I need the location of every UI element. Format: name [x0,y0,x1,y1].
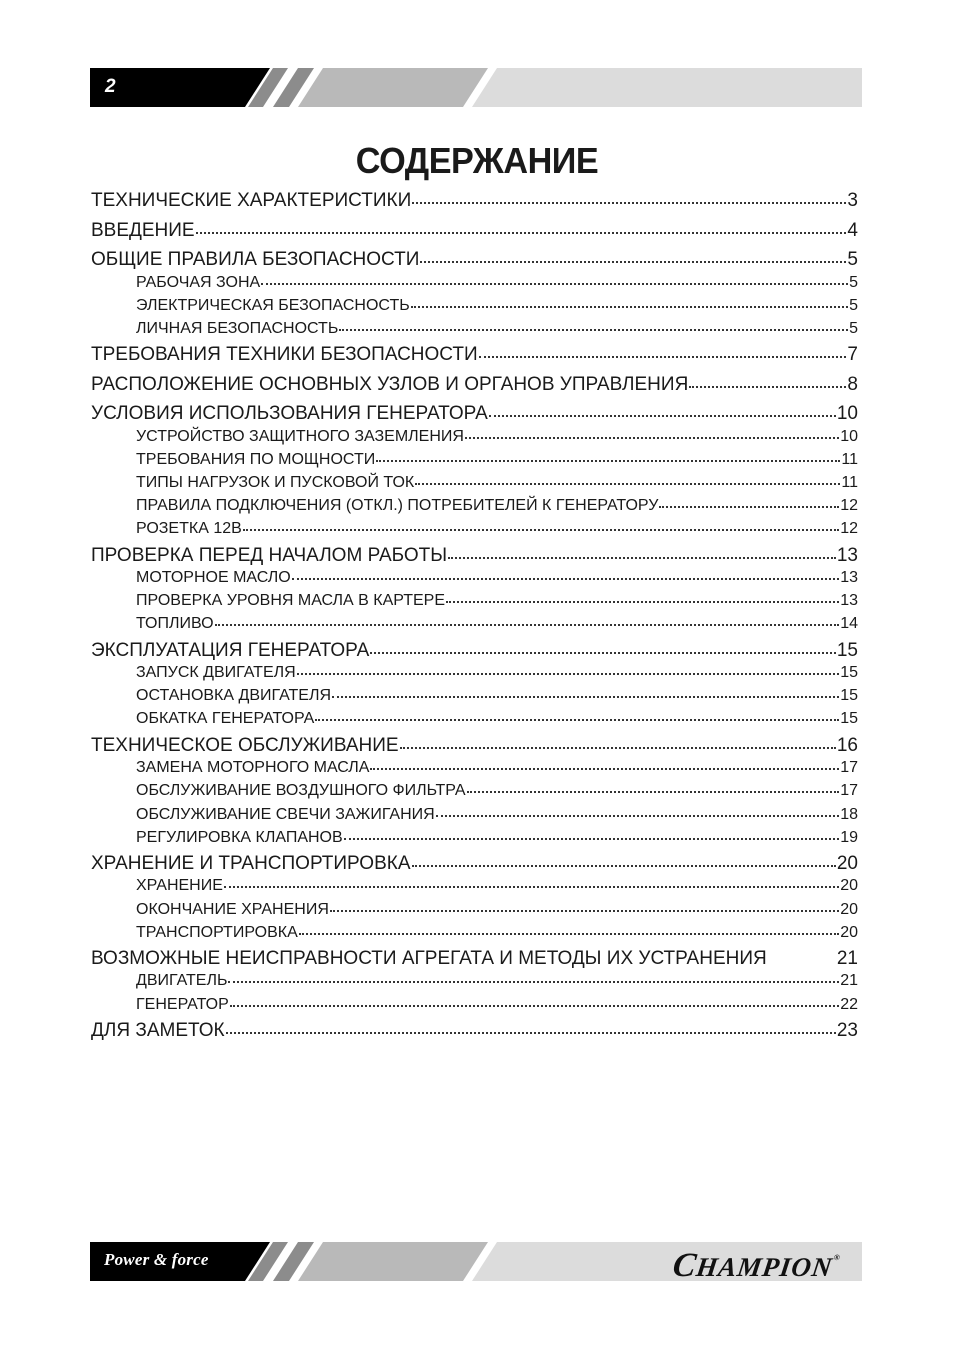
dot-leader [370,768,839,770]
dot-leader [297,673,840,675]
toc-subsection-entry[interactable]: МОТОРНОЕ МАСЛО13 [91,566,858,589]
dot-leader [196,232,847,234]
toc-section-entry[interactable]: ТРЕБОВАНИЯ ТЕХНИКИ БЕЗОПАСНОСТИ7 [91,340,858,370]
toc-entry-label: МОТОРНОЕ МАСЛО [136,566,291,589]
dot-leader [376,460,840,462]
toc-page-number: 12 [840,494,858,517]
toc-entry-label: ТИПЫ НАГРУЗОК И ПУСКОВОЙ ТОК [136,471,414,494]
dot-leader [228,981,839,983]
header-stripes-decoration [90,68,862,107]
dot-leader [411,306,848,308]
tagline: Power & force [104,1250,209,1270]
toc-page-number: 13 [840,566,858,589]
toc-entry-label: ОСТАНОВКА ДВИГАТЕЛЯ [136,684,331,707]
toc-page-number: 5 [849,317,858,340]
toc-page-number: 20 [840,874,858,897]
toc-page-number: 21 [840,969,858,992]
toc-page-number: 15 [840,707,858,730]
toc-entry-label: УСТРОЙСТВО ЗАЩИТНОГО ЗАЗЕМЛЕНИЯ [136,425,464,448]
dot-leader [299,933,839,935]
toc-subsection-entry[interactable]: РАБОЧАЯ ЗОНА5 [91,271,858,294]
toc-page-number: 23 [837,1016,858,1045]
toc-page-number: 22 [840,993,858,1016]
dot-leader [230,1005,839,1007]
toc-page-number: 4 [847,216,858,245]
toc-page-number: 5 [849,271,858,294]
toc-subsection-entry[interactable]: РЕГУЛИРОВКА КЛАПАНОВ19 [91,826,858,849]
toc-entry-label: ЗАМЕНА МОТОРНОГО МАСЛА [136,756,369,779]
toc-entry-label: РАБОЧАЯ ЗОНА [136,271,260,294]
toc-page-number: 12 [840,517,858,540]
toc-subsection-entry[interactable]: ПРОВЕРКА УРОВНЯ МАСЛА В КАРТЕРЕ13 [91,589,858,612]
toc-subsection-entry[interactable]: ГЕНЕРАТОР22 [91,993,858,1016]
toc-entry-label: ГЕНЕРАТОР [136,993,229,1016]
dot-leader [370,652,836,654]
toc-entry-label: ПРОВЕРКА УРОВНЯ МАСЛА В КАРТЕРЕ [136,589,445,612]
dot-leader [224,886,839,888]
toc-subsection-entry[interactable]: ТРАНСПОРТИРОВКА20 [91,921,858,944]
toc-entry-label: ОКОНЧАНИЕ ХРАНЕНИЯ [136,898,329,921]
toc-subsection-entry[interactable]: ХРАНЕНИЕ20 [91,874,858,897]
toc-subsection-entry[interactable]: ПРАВИЛА ПОДКЛЮЧЕНИЯ (ОТКЛ.) ПОТРЕБИТЕЛЕЙ… [91,494,858,517]
toc-subsection-entry[interactable]: ОБСЛУЖИВАНИЕ СВЕЧИ ЗАЖИГАНИЯ18 [91,803,858,826]
toc-subsection-entry[interactable]: ОБКАТКА ГЕНЕРАТОРА15 [91,707,858,730]
toc-page-number: 20 [840,898,858,921]
dot-leader [446,601,839,603]
toc-entry-label: ТРЕБОВАНИЯ ТЕХНИКИ БЕЗОПАСНОСТИ [91,340,478,369]
dot-leader [448,557,836,559]
champion-logo: CHAMPION® [671,1247,843,1285]
toc-entry-label: ОБКАТКА ГЕНЕРАТОРА [136,707,314,730]
toc-entry-label: ЛИЧНАЯ БЕЗОПАСНОСТЬ [136,317,338,340]
toc-page-number: 19 [840,826,858,849]
toc-entry-label: ТРЕБОВАНИЯ ПО МОЩНОСТИ [136,448,375,471]
toc-subsection-entry[interactable]: ТОПЛИВО14 [91,612,858,635]
dot-leader [243,529,839,531]
toc-entry-label: ТОПЛИВО [136,612,214,635]
toc-entry-label: ЗАПУСК ДВИГАТЕЛЯ [136,661,296,684]
toc-entry-label: ДЛЯ ЗАМЕТОК [91,1016,225,1045]
toc-page-number: 8 [847,370,858,399]
toc-subsection-entry[interactable]: ЗАМЕНА МОТОРНОГО МАСЛА17 [91,756,858,779]
toc-entry-label: ПРАВИЛА ПОДКЛЮЧЕНИЯ (ОТКЛ.) ПОТРЕБИТЕЛЕЙ… [136,494,658,517]
dot-leader [226,1032,836,1034]
toc-page-number: 3 [847,186,858,215]
toc-page-number: 11 [841,471,858,494]
toc-section-entry[interactable]: ДЛЯ ЗАМЕТОК23 [91,1016,858,1046]
toc-subsection-entry[interactable]: ТИПЫ НАГРУЗОК И ПУСКОВОЙ ТОК11 [91,471,858,494]
toc-page-number: 18 [840,803,858,826]
toc-entry-label: ОБСЛУЖИВАНИЕ ВОЗДУШНОГО ФИЛЬТРА [136,779,466,802]
toc-entry-label: РОЗЕТКА 12В [136,517,242,540]
header-bar: 2 [90,68,862,107]
toc-subsection-entry[interactable]: ЭЛЕКТРИЧЕСКАЯ БЕЗОПАСНОСТЬ5 [91,294,858,317]
registered-mark-icon: ® [834,1253,842,1262]
toc-entry-label: ЭЛЕКТРИЧЕСКАЯ БЕЗОПАСНОСТЬ [136,294,410,317]
brand-name: HAMPION [695,1252,835,1282]
toc-entry-label: РЕГУЛИРОВКА КЛАПАНОВ [136,826,343,849]
toc-entry-label: ХРАНЕНИЕ [136,874,223,897]
toc-page-number: 17 [840,756,858,779]
footer-bar: Power & force CHAMPION® [90,1242,862,1281]
table-of-contents: ТЕХНИЧЕСКИЕ ХАРАКТЕРИСТИКИ3ВВЕДЕНИЕ4ОБЩИ… [91,186,858,1045]
page-title: СОДЕРЖАНИЕ [24,140,930,182]
dot-leader [412,202,846,204]
toc-subsection-entry[interactable]: ОБСЛУЖИВАНИЕ ВОЗДУШНОГО ФИЛЬТРА17 [91,779,858,802]
dot-leader [436,815,840,817]
dot-leader [415,483,840,485]
toc-page-number: 15 [840,684,858,707]
toc-subsection-entry[interactable]: ОКОНЧАНИЕ ХРАНЕНИЯ20 [91,898,858,921]
toc-subsection-entry[interactable]: РОЗЕТКА 12В12 [91,517,858,540]
dot-leader [465,437,839,439]
dot-leader [420,261,846,263]
toc-subsection-entry[interactable]: ЗАПУСК ДВИГАТЕЛЯ15 [91,661,858,684]
toc-page-number: 20 [840,921,858,944]
dot-leader [400,747,836,749]
page-number: 2 [105,76,116,98]
dot-leader [332,696,839,698]
toc-section-entry[interactable]: ТЕХНИЧЕСКИЕ ХАРАКТЕРИСТИКИ3 [91,186,858,216]
toc-page-number: 13 [840,589,858,612]
dot-leader [689,386,846,388]
dot-leader [344,838,840,840]
toc-subsection-entry[interactable]: ЛИЧНАЯ БЕЗОПАСНОСТЬ5 [91,317,858,340]
toc-entry-label: ОБСЛУЖИВАНИЕ СВЕЧИ ЗАЖИГАНИЯ [136,803,435,826]
dot-leader [292,578,840,580]
toc-section-entry[interactable]: РАСПОЛОЖЕНИЕ ОСНОВНЫХ УЗЛОВ И ОРГАНОВ УП… [91,370,858,400]
dot-leader [261,283,848,285]
toc-subsection-entry[interactable]: ТРЕБОВАНИЯ ПО МОЩНОСТИ11 [91,448,858,471]
toc-entry-label: ДВИГАТЕЛЬ [136,969,227,992]
toc-page-number: 14 [840,612,858,635]
toc-page-number: 10 [840,425,858,448]
toc-entry-label: ТЕХНИЧЕСКИЕ ХАРАКТЕРИСТИКИ [91,186,411,215]
toc-entry-label: ВВЕДЕНИЕ [91,216,195,245]
dot-leader [339,329,848,331]
dot-leader [330,910,839,912]
toc-section-entry[interactable]: ВВЕДЕНИЕ4 [91,216,858,246]
dot-leader [467,791,840,793]
dot-leader [315,719,839,721]
toc-page-number: 5 [849,294,858,317]
dot-leader [489,415,836,417]
toc-entry-label: РАСПОЛОЖЕНИЕ ОСНОВНЫХ УЗЛОВ И ОРГАНОВ УП… [91,370,688,399]
toc-page-number: 7 [847,340,858,369]
dot-leader [479,356,847,358]
dot-leader [659,506,839,508]
dot-leader [215,624,840,626]
toc-page-number: 15 [840,661,858,684]
toc-page-number: 17 [840,779,858,802]
toc-subsection-entry[interactable]: ОСТАНОВКА ДВИГАТЕЛЯ15 [91,684,858,707]
toc-entry-label: ТРАНСПОРТИРОВКА [136,921,298,944]
toc-page-number: 11 [841,448,858,471]
dot-leader [412,865,836,867]
